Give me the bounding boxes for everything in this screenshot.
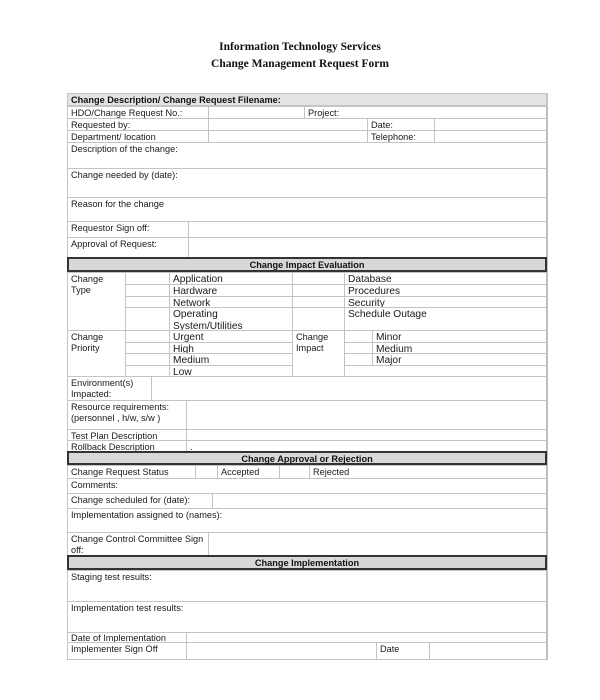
requestor-signoff-field[interactable] — [188, 221, 547, 237]
reason-field[interactable]: Reason for the change — [67, 197, 547, 221]
committee-label: Change Control Committee Sign off: — [67, 532, 208, 555]
date-impl-field[interactable] — [186, 632, 547, 642]
form-org-title: Information Technology Services — [0, 41, 600, 53]
option-security: Security — [344, 296, 547, 307]
staging-label: Staging test results: — [71, 572, 152, 582]
needed-by-field[interactable]: Change needed by (date): — [67, 168, 547, 197]
option-medium-impact: Medium — [372, 342, 547, 353]
staging-field[interactable]: Staging test results: — [67, 570, 547, 601]
date-field[interactable] — [434, 118, 547, 130]
checkbox-medium-priority[interactable] — [125, 353, 169, 365]
checkbox-network[interactable] — [125, 296, 169, 307]
date-impl-label: Date of Implementation — [67, 632, 186, 642]
option-urgent: Urgent — [169, 330, 292, 342]
priority-label: Change Priority — [67, 330, 125, 376]
project-field[interactable]: Project: — [304, 106, 547, 118]
test-plan-field[interactable] — [186, 429, 547, 440]
checkbox-application[interactable] — [125, 272, 169, 284]
option-major: Major — [372, 353, 547, 365]
comments-field[interactable]: Comments: — [67, 478, 547, 493]
option-operating-system: Operating System/Utilities — [169, 307, 292, 330]
department-field[interactable] — [208, 130, 367, 142]
rollback-field[interactable]: . — [186, 440, 547, 451]
option-medium-priority: Medium — [169, 353, 292, 365]
requested-by-field[interactable] — [208, 118, 367, 130]
checkbox-rejected[interactable] — [279, 465, 309, 478]
date-label: Date: — [367, 118, 434, 130]
implementer-label: Implementer Sign Off — [67, 642, 186, 660]
scheduled-field[interactable] — [212, 493, 547, 508]
telephone-label: Telephone: — [367, 130, 434, 142]
requested-by-label: Requested by: — [67, 118, 208, 130]
checkbox-database[interactable] — [292, 272, 344, 284]
change-impact-label: Change Impact — [292, 330, 344, 376]
option-application: Application — [169, 272, 292, 284]
resources-field[interactable] — [186, 400, 547, 429]
resources-label: Resource requirements: (personnel , h/w,… — [67, 400, 186, 429]
checkbox-procedures[interactable] — [292, 284, 344, 296]
impact-section-header: Change Impact Evaluation — [67, 257, 547, 272]
form-bottom-border — [67, 659, 548, 660]
impl-date-field[interactable] — [429, 642, 547, 660]
hdo-field[interactable] — [208, 106, 304, 118]
environments-label: Environment(s) Impacted: — [67, 376, 151, 400]
hdo-label: HDO/Change Request No.: — [67, 106, 208, 118]
scheduled-label: Change scheduled for (date): — [67, 493, 212, 508]
impact-blank-row — [344, 365, 547, 376]
department-label: Department/ location — [67, 130, 208, 142]
option-network: Network — [169, 296, 292, 307]
reason-label: Reason for the change — [71, 199, 164, 209]
implementer-field[interactable] — [186, 642, 376, 660]
checkbox-low[interactable] — [125, 365, 169, 376]
change-type-label: Change Type — [67, 272, 125, 330]
option-high: High — [169, 342, 292, 353]
committee-field[interactable] — [208, 532, 547, 555]
checkbox-medium-impact[interactable] — [344, 342, 372, 353]
approval-label: Approval of Request: — [67, 237, 188, 257]
checkbox-accepted[interactable] — [195, 465, 217, 478]
description-label: Description of the change: — [71, 144, 178, 154]
option-minor: Minor — [372, 330, 547, 342]
requestor-signoff-label: Requestor Sign off: — [67, 221, 188, 237]
status-label: Change Request Status — [67, 465, 195, 478]
needed-by-label: Change needed by (date): — [71, 170, 178, 180]
impl-date-label: Date — [376, 642, 429, 660]
checkbox-security[interactable] — [292, 296, 344, 307]
approval-section-header: Change Approval or Rejection — [67, 451, 547, 465]
form-title: Change Management Request Form — [0, 58, 600, 70]
impl-test-field[interactable]: Implementation test results: — [67, 601, 547, 632]
description-field[interactable]: Description of the change: — [67, 142, 547, 168]
environments-field[interactable] — [151, 376, 547, 400]
option-low: Low — [169, 365, 292, 376]
assigned-field[interactable]: Implementation assigned to (names): — [67, 508, 547, 532]
telephone-field[interactable] — [434, 130, 547, 142]
checkbox-major[interactable] — [344, 353, 372, 365]
checkbox-hardware[interactable] — [125, 284, 169, 296]
option-database: Database — [344, 272, 547, 284]
checkbox-operating-system[interactable] — [125, 307, 169, 330]
checkbox-urgent[interactable] — [125, 330, 169, 342]
form-right-border — [547, 93, 548, 660]
impl-test-label: Implementation test results: — [71, 603, 183, 613]
change-description-header: Change Description/ Change Request Filen… — [67, 93, 547, 106]
checkbox-schedule-outage[interactable] — [292, 307, 344, 330]
option-procedures: Procedures — [344, 284, 547, 296]
accepted-label: Accepted — [217, 465, 279, 478]
comments-label: Comments: — [71, 480, 118, 490]
option-schedule-outage: Schedule Outage — [344, 307, 547, 330]
implementation-section-header: Change Implementation — [67, 555, 547, 570]
rollback-label: Rollback Description — [67, 440, 186, 451]
assigned-label: Implementation assigned to (names): — [71, 510, 222, 520]
test-plan-label: Test Plan Description — [67, 429, 186, 440]
checkbox-high[interactable] — [125, 342, 169, 353]
project-label: Project: — [308, 108, 339, 118]
checkbox-minor[interactable] — [344, 330, 372, 342]
rejected-label: Rejected — [309, 465, 547, 478]
approval-field[interactable] — [188, 237, 547, 257]
option-hardware: Hardware — [169, 284, 292, 296]
